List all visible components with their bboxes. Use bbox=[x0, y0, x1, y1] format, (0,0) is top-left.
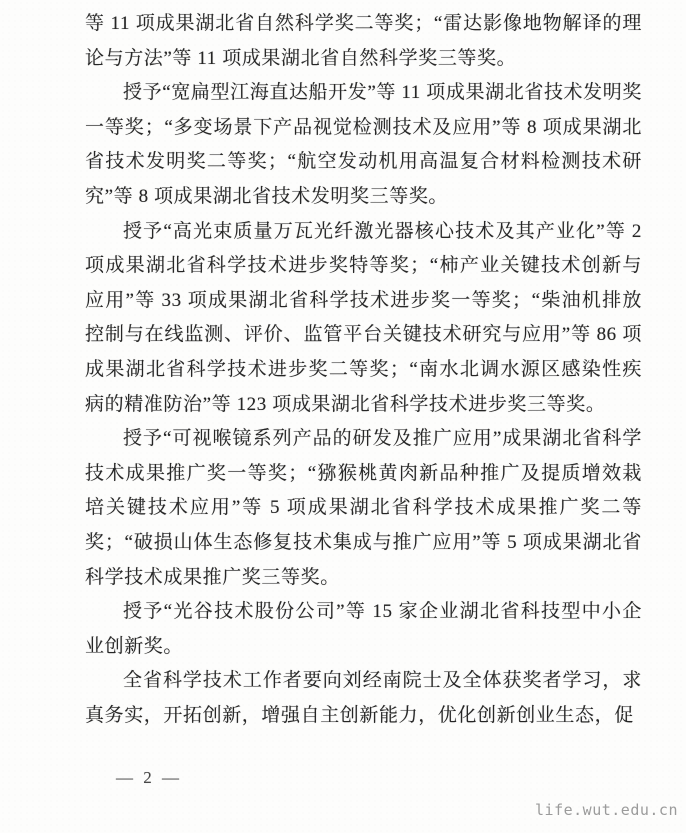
paragraph-closing-call-continued: 全省科学技术工作者要向刘经南院士及全体获奖者学习，求真务实，开拓创新，增强自主创… bbox=[85, 664, 642, 733]
page-number: — 2 — bbox=[116, 768, 182, 788]
paragraph-natural-science-awards-continued: 等 11 项成果湖北省自然科学奖二等奖；“雷达影像地物解译的理论与方法”等 11… bbox=[85, 7, 642, 76]
watermark: life.wut.edu.cn bbox=[535, 801, 678, 819]
scanned-document-page: 等 11 项成果湖北省自然科学奖二等奖；“雷达影像地物解译的理论与方法”等 11… bbox=[0, 0, 686, 833]
paragraph-sme-innovation-award: 授予“光谷技术股份公司”等 15 家企业湖北省科技型中小企业创新奖。 bbox=[85, 595, 642, 664]
paragraph-technology-invention-awards: 授予“宽扁型江海直达船开发”等 11 项成果湖北省技术发明奖一等奖；“多变场景下… bbox=[85, 76, 642, 214]
paragraph-achievement-promotion-awards: 授予“可视喉镜系列产品的研发及推广应用”成果湖北省科学技术成果推广奖一等奖；“猕… bbox=[85, 422, 642, 595]
paragraph-sci-tech-progress-awards: 授予“高光束质量万瓦光纤激光器核心技术及其产业化”等 2 项成果湖北省科学技术进… bbox=[85, 215, 642, 423]
document-body: 等 11 项成果湖北省自然科学奖二等奖；“雷达影像地物解译的理论与方法”等 11… bbox=[85, 7, 642, 733]
